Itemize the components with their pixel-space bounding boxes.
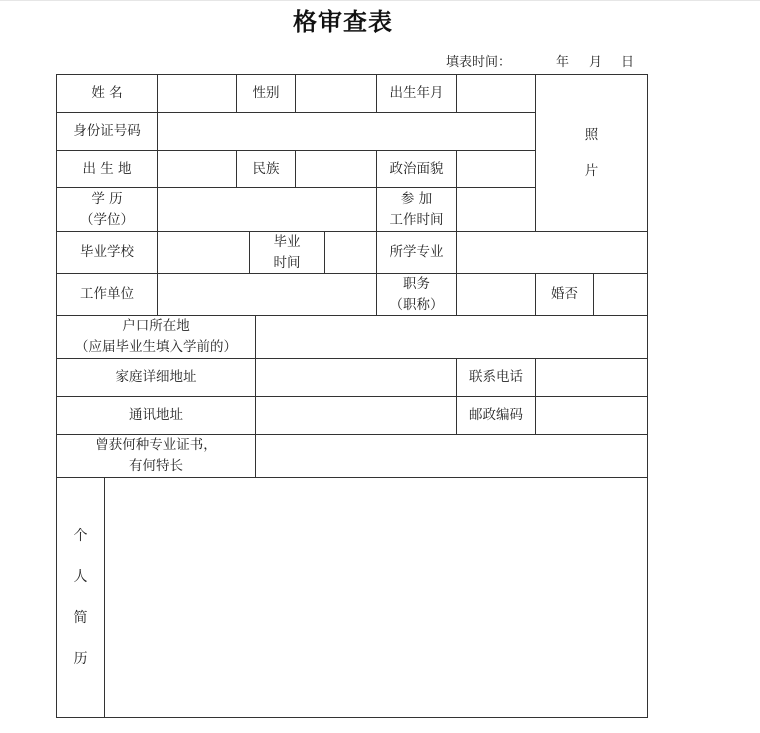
- label-birthplace: 出 生 地: [56, 150, 158, 188]
- label-id-number: 身份证号码: [56, 112, 158, 151]
- education-field[interactable]: [157, 187, 377, 232]
- application-form: 姓 名 性别 出生年月 照 片 身份证号码 出 生 地 民族 政治面貌 学 历 …: [0, 0, 760, 733]
- label-employer: 工作单位: [56, 273, 158, 316]
- label-gender: 性别: [236, 74, 296, 113]
- birthplace-field[interactable]: [157, 150, 237, 188]
- label-major: 所学专业: [376, 231, 457, 274]
- work-start-field[interactable]: [456, 187, 536, 232]
- label-home-address: 家庭详细地址: [56, 358, 256, 397]
- ethnicity-field[interactable]: [295, 150, 377, 188]
- label-grad-time: 毕业 时间: [249, 231, 325, 274]
- label-name: 姓 名: [56, 74, 158, 113]
- label-school: 毕业学校: [56, 231, 158, 274]
- birth-date-field[interactable]: [456, 74, 536, 113]
- grad-time-field[interactable]: [324, 231, 377, 274]
- resume-char-2: 人: [74, 567, 88, 588]
- label-political-status: 政治面貌: [376, 150, 457, 188]
- id-number-field[interactable]: [157, 112, 536, 151]
- resume-field[interactable]: [104, 477, 648, 718]
- position-field[interactable]: [456, 273, 536, 316]
- mail-address-field[interactable]: [255, 396, 457, 435]
- label-phone: 联系电话: [456, 358, 536, 397]
- postcode-field[interactable]: [535, 396, 648, 435]
- label-education: 学 历 （学位）: [56, 187, 158, 232]
- marital-field[interactable]: [593, 273, 648, 316]
- label-resume: 个 人 简 历: [56, 477, 105, 718]
- label-work-start: 参 加 工作时间: [376, 187, 457, 232]
- resume-char-1: 个: [74, 526, 88, 547]
- hukou-field[interactable]: [255, 315, 648, 359]
- photo-box[interactable]: 照 片: [535, 74, 648, 232]
- gender-field[interactable]: [295, 74, 377, 113]
- resume-char-3: 简: [74, 608, 88, 629]
- label-hukou: 户口所在地 （应届毕业生填入学前的）: [56, 315, 256, 359]
- resume-char-4: 历: [74, 649, 88, 670]
- certificates-field[interactable]: [255, 434, 648, 478]
- label-birth-date: 出生年月: [376, 74, 457, 113]
- label-postcode: 邮政编码: [456, 396, 536, 435]
- employer-field[interactable]: [157, 273, 377, 316]
- label-position: 职务 （职称）: [376, 273, 457, 316]
- label-marital: 婚否: [535, 273, 594, 316]
- label-ethnicity: 民族: [236, 150, 296, 188]
- home-address-field[interactable]: [255, 358, 457, 397]
- phone-field[interactable]: [535, 358, 648, 397]
- name-field[interactable]: [157, 74, 237, 113]
- label-mail-address: 通讯地址: [56, 396, 256, 435]
- school-field[interactable]: [157, 231, 250, 274]
- political-status-field[interactable]: [456, 150, 536, 188]
- label-certificates: 曾获何种专业证书， 有何特长: [56, 434, 256, 478]
- major-field[interactable]: [456, 231, 648, 274]
